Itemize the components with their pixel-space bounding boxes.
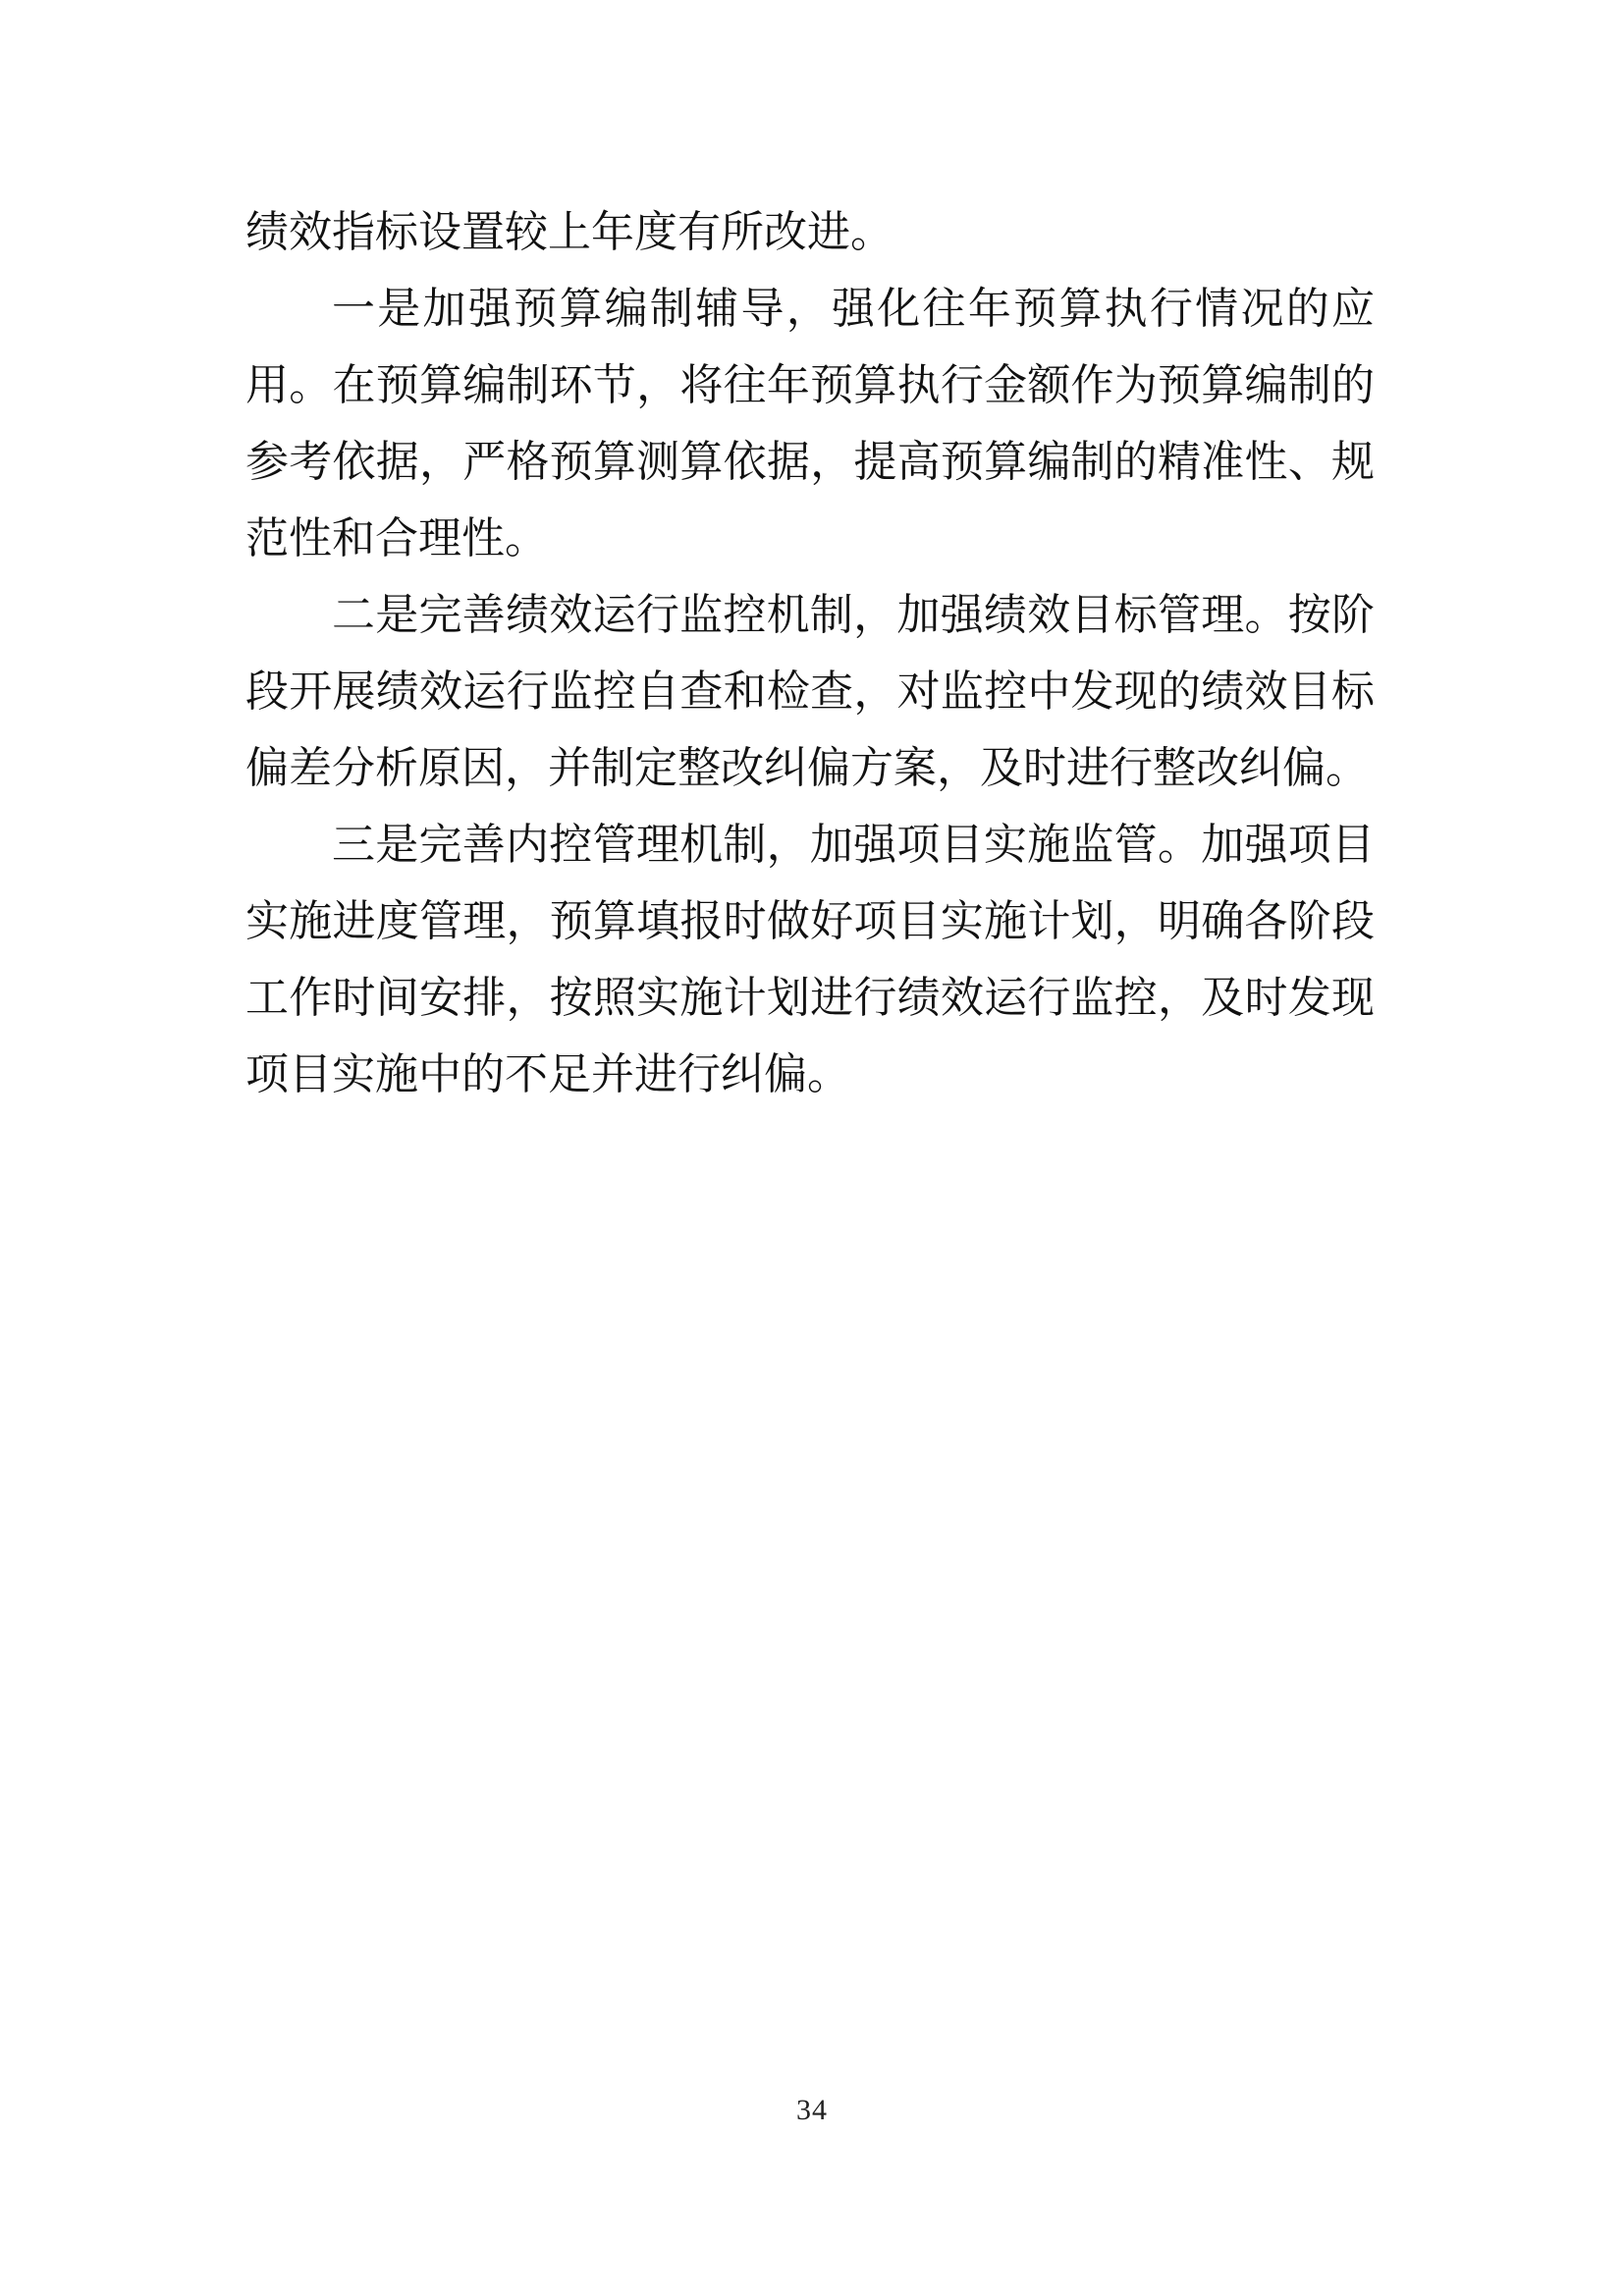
text-block: 绩效指标设置较上年度有所改进。 一是加强预算编制辅导，强化往年预算执行情况的应用…: [245, 194, 1375, 1113]
body-paragraph: 二是完善绩效运行监控机制，加强绩效目标管理。按阶段开展绩效运行监控自查和检查，对…: [245, 577, 1375, 807]
body-paragraph: 绩效指标设置较上年度有所改进。: [245, 194, 1375, 271]
body-paragraph: 三是完善内控管理机制，加强项目实施监管。加强项目实施进度管理，预算填报时做好项目…: [245, 807, 1375, 1113]
document-page: 绩效指标设置较上年度有所改进。 一是加强预算编制辅导，强化往年预算执行情况的应用…: [0, 0, 1624, 2296]
page-footer: 34: [0, 2093, 1624, 2128]
page-number: 34: [796, 2094, 828, 2126]
body-paragraph: 一是加强预算编制辅导，强化往年预算执行情况的应用。在预算编制环节，将往年预算执行…: [245, 271, 1375, 577]
